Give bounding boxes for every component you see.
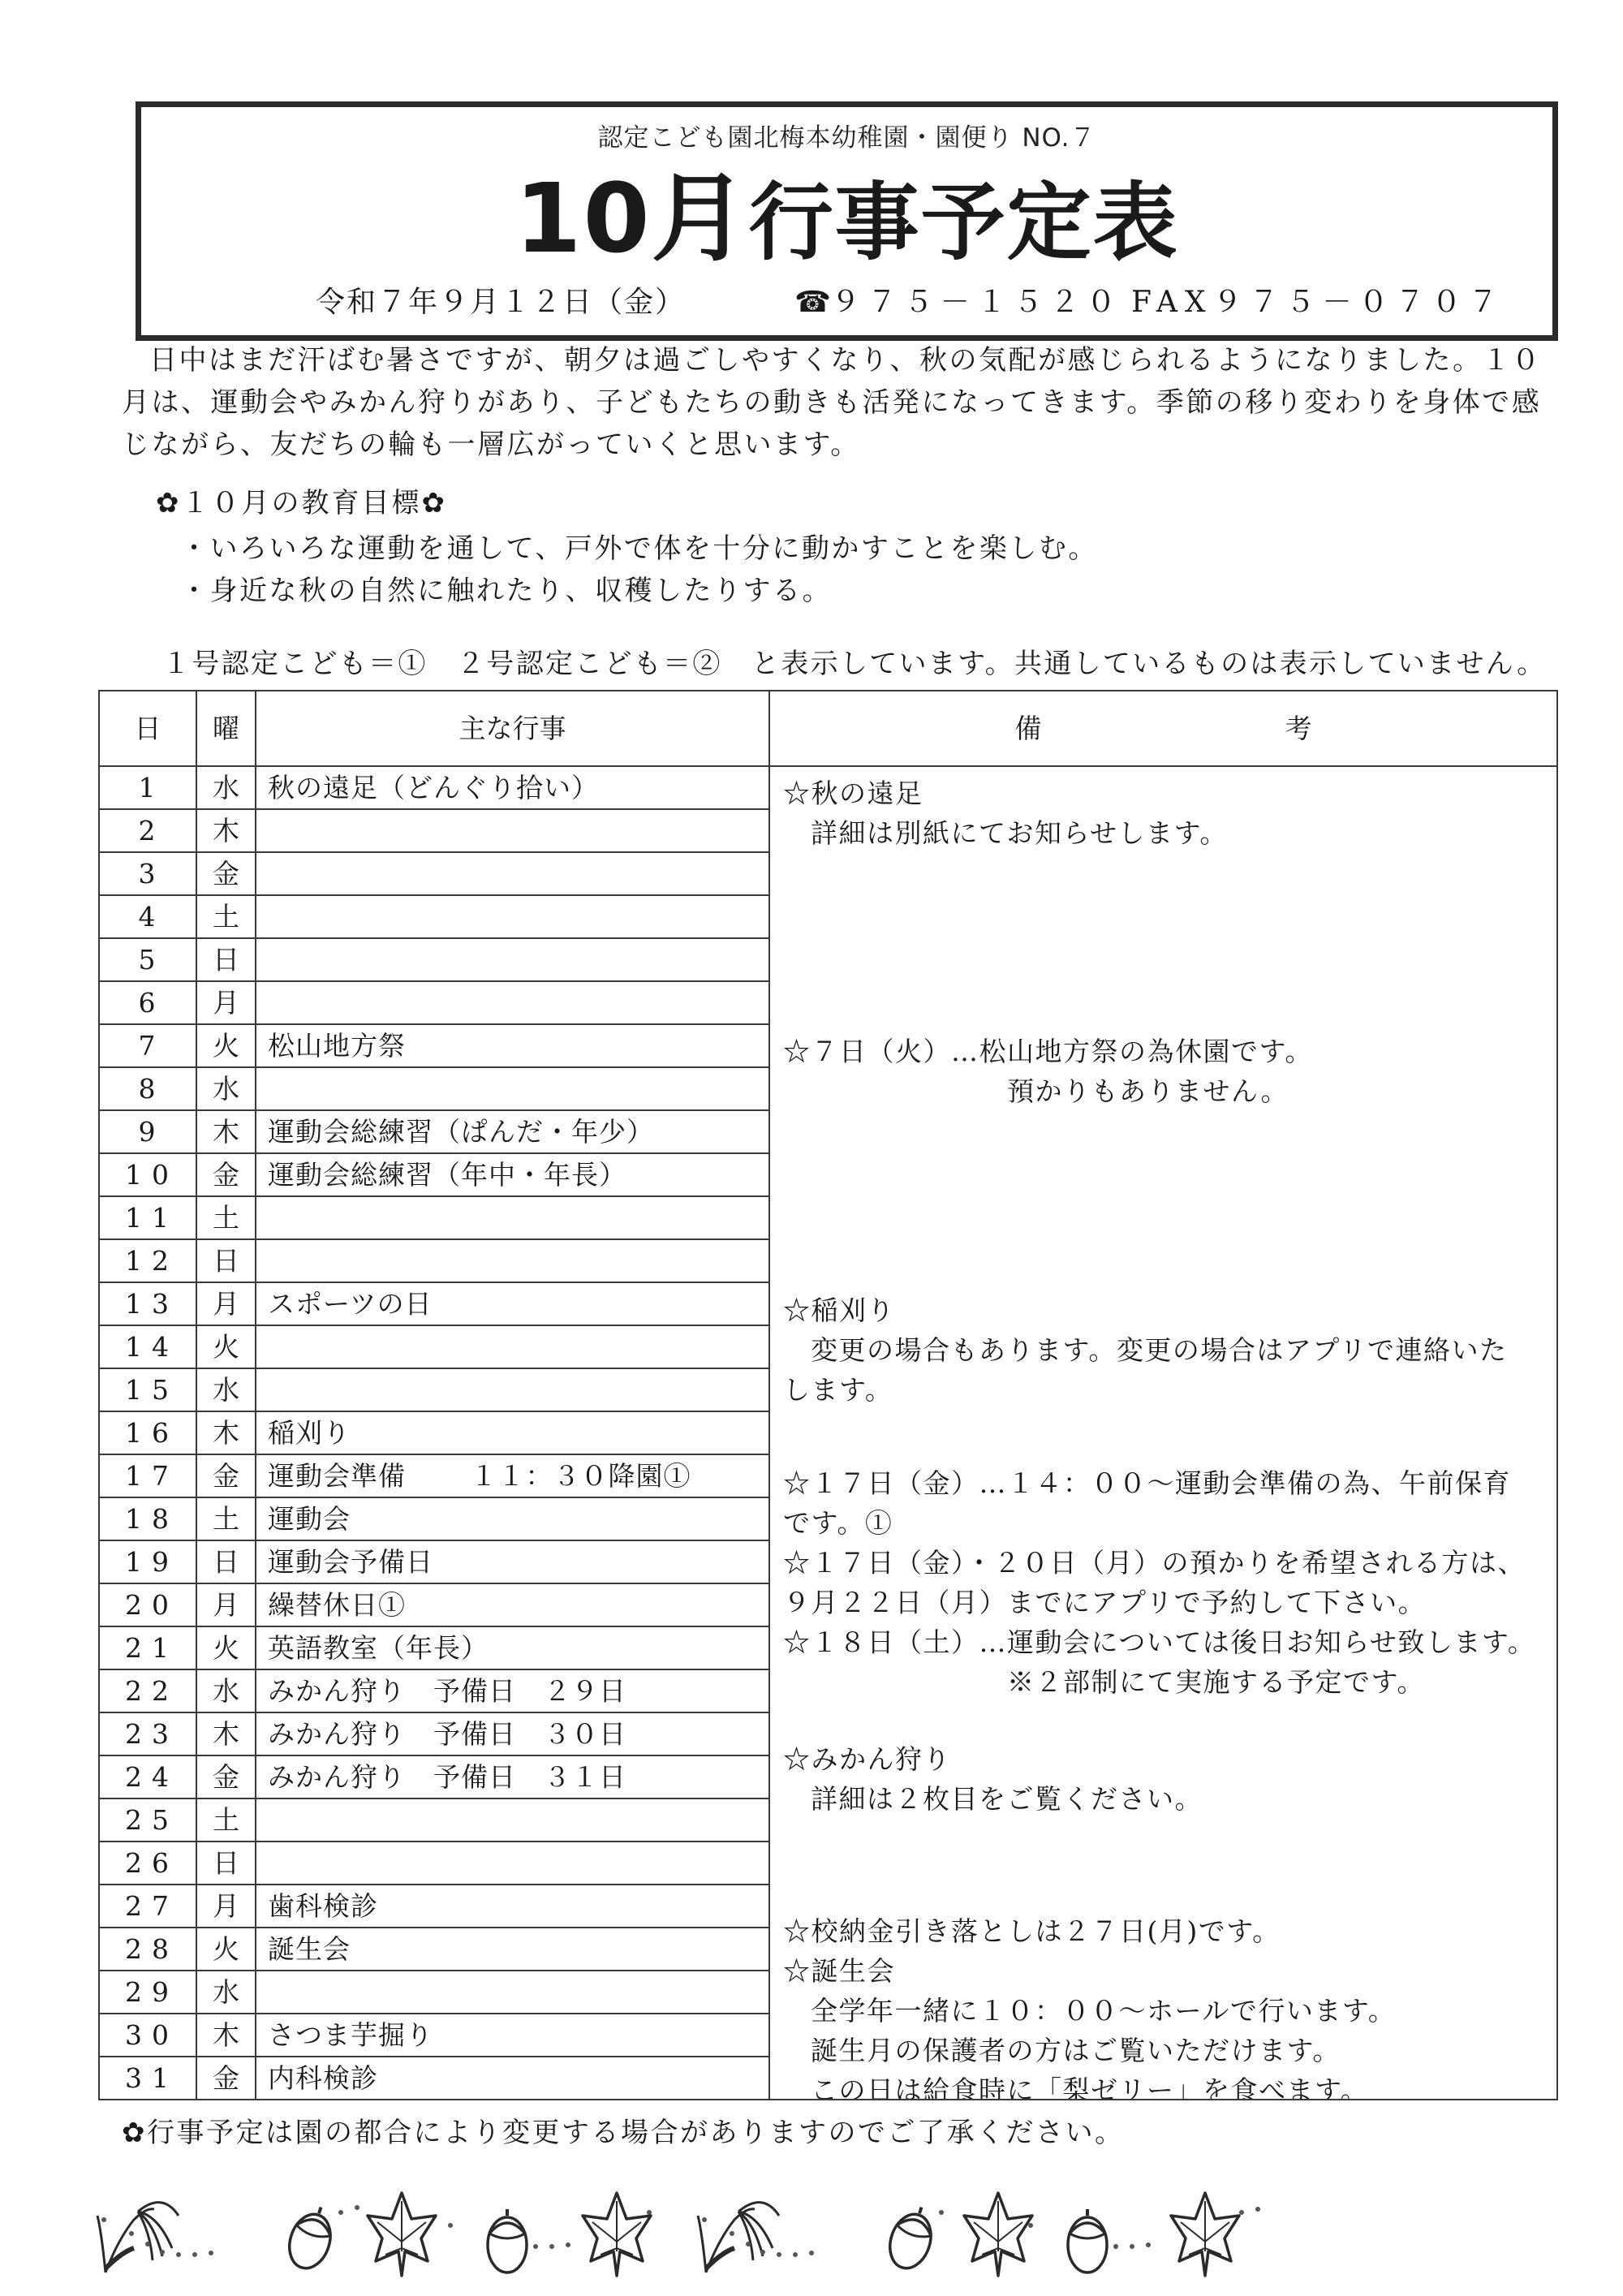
schedule-table: 日 曜 主な行事 備考 1水秋の遠足（どんぐり拾い）☆秋の遠足詳細は別紙にてお知… — [98, 690, 1558, 2100]
event-cell: さつま芋掘り — [256, 2014, 769, 2057]
event-cell: 運動会 — [256, 1497, 769, 1540]
remark-line: ☆１７日（金）…１４：００～運動会準備の為、午前保育 — [783, 1463, 1548, 1503]
remark-block: ☆秋の遠足詳細は別紙にてお知らせします。 — [783, 773, 1548, 853]
day-cell: 8 — [99, 1067, 196, 1110]
weekday-cell: 火 — [196, 1928, 256, 1971]
remark-line: ☆誕生会 — [783, 1951, 1548, 1991]
weekday-cell: 木 — [196, 2014, 256, 2057]
event-cell: 内科検診 — [256, 2057, 769, 2100]
remark-line: 誕生月の保護者の方はご覧いただけます。 — [783, 2031, 1548, 2070]
weekday-cell: 木 — [196, 1411, 256, 1454]
title-month: 10月 — [514, 162, 748, 274]
weekday-cell: 金 — [196, 2057, 256, 2100]
weekday-cell: 日 — [196, 1239, 256, 1282]
remark-block: ☆７日（火）…松山地方祭の為休園です。 預かりもありません。 — [783, 1032, 1548, 1111]
remark-line: ☆１７日（金）・２０日（月）の預かりを希望される方は、 — [783, 1543, 1548, 1583]
table-row: 1水秋の遠足（どんぐり拾い）☆秋の遠足詳細は別紙にてお知らせします。☆７日（火）… — [99, 766, 1557, 809]
remark-line: ☆校納金引き落としは２７日(月)です。 — [783, 1911, 1548, 1951]
weekday-cell: 木 — [196, 1110, 256, 1153]
goal-item: ・いろいろな運動を通して、戸外で体を十分に動かすことを楽しむ。 — [180, 526, 1098, 566]
day-cell: 11 — [99, 1196, 196, 1239]
event-cell: みかん狩り 予備日 ２９日 — [256, 1669, 769, 1712]
remark-line: です。① — [783, 1503, 1548, 1543]
remark-line: 変更の場合もあります。変更の場合はアプリで連絡いた — [783, 1330, 1548, 1370]
day-cell: 27 — [99, 1885, 196, 1928]
day-cell: 3 — [99, 852, 196, 895]
remark-line: します。 — [783, 1370, 1548, 1410]
remark-line: ☆１８日（土）…運動会については後日お知らせ致します。 — [783, 1622, 1548, 1662]
goal-item: ・身近な秋の自然に触れたり、収穫したりする。 — [180, 568, 832, 608]
remark-line: この日は給食時に「梨ゼリー」を食べます。 — [783, 2070, 1548, 2100]
remark-line: ☆秋の遠足 — [783, 773, 1548, 813]
day-cell: 29 — [99, 1971, 196, 2014]
flower-icon: ✿ — [122, 2117, 147, 2149]
weekday-cell: 金 — [196, 1153, 256, 1196]
weekday-cell: 水 — [196, 1368, 256, 1411]
day-cell: 18 — [99, 1497, 196, 1540]
day-cell: 31 — [99, 2057, 196, 2100]
weekday-cell: 月 — [196, 1282, 256, 1325]
col-header-remarks: 備考 — [769, 691, 1557, 766]
event-cell — [256, 1067, 769, 1110]
weekday-cell: 水 — [196, 766, 256, 809]
event-cell: 運動会総練習（ぱんだ・年少） — [256, 1110, 769, 1153]
table-header-row: 日 曜 主な行事 備考 — [99, 691, 1557, 766]
remark-line: 詳細は別紙にてお知らせします。 — [783, 813, 1548, 853]
event-cell — [256, 1325, 769, 1368]
remark-line: ※２部制にて実施する予定です。 — [783, 1662, 1548, 1702]
remark-line: ☆稲刈り — [783, 1290, 1548, 1330]
event-cell: みかん狩り 予備日 ３１日 — [256, 1755, 769, 1798]
weekday-cell: 金 — [196, 852, 256, 895]
legend-note: １号認定こども＝① ２号認定こども＝② と表示しています。共通しているものは表示… — [162, 641, 1546, 681]
event-cell: 誕生会 — [256, 1928, 769, 1971]
weekday-cell: 火 — [196, 1325, 256, 1368]
event-cell: 運動会予備日 — [256, 1540, 769, 1583]
day-cell: 22 — [99, 1669, 196, 1712]
weekday-cell: 月 — [196, 981, 256, 1024]
flower-icon: ✿ — [422, 487, 448, 519]
day-cell: 12 — [99, 1239, 196, 1282]
day-cell: 20 — [99, 1583, 196, 1626]
event-cell — [256, 1842, 769, 1885]
remark-line: 預かりもありません。 — [783, 1071, 1548, 1111]
event-cell — [256, 981, 769, 1024]
day-cell: 30 — [99, 2014, 196, 2057]
event-cell — [256, 1971, 769, 2014]
day-cell: 16 — [99, 1411, 196, 1454]
day-cell: 15 — [99, 1368, 196, 1411]
col-header-event: 主な行事 — [256, 691, 769, 766]
event-cell: 歯科検診 — [256, 1885, 769, 1928]
day-cell: 9 — [99, 1110, 196, 1153]
remark-block: ☆稲刈り変更の場合もあります。変更の場合はアプリで連絡いたします。 — [783, 1290, 1548, 1410]
footnote: ✿行事予定は園の都合により変更する場合がありますのでご了承ください。 — [122, 2110, 1125, 2150]
issue-date: 令和７年９月１２日（金） — [316, 279, 686, 321]
weekday-cell: 日 — [196, 1540, 256, 1583]
event-cell: スポーツの日 — [256, 1282, 769, 1325]
event-cell — [256, 809, 769, 852]
day-cell: 4 — [99, 895, 196, 938]
day-cell: 24 — [99, 1755, 196, 1798]
remark-line: ☆７日（火）…松山地方祭の為休園です。 — [783, 1032, 1548, 1071]
day-cell: 25 — [99, 1798, 196, 1842]
remark-block: ☆１７日（金）…１４：００～運動会準備の為、午前保育です。①☆１７日（金）・２０… — [783, 1463, 1548, 1702]
weekday-cell: 土 — [196, 895, 256, 938]
event-cell: 繰替休日① — [256, 1583, 769, 1626]
remark-line: ☆みかん狩り — [783, 1739, 1548, 1779]
weekday-cell: 木 — [196, 1712, 256, 1755]
day-cell: 14 — [99, 1325, 196, 1368]
weekday-cell: 月 — [196, 1583, 256, 1626]
weekday-cell: 水 — [196, 1971, 256, 2014]
phone-number: ☎９７５－１５２０ — [794, 279, 1123, 321]
page-title: 10月行事予定表 — [141, 166, 1552, 275]
event-cell: 松山地方祭 — [256, 1024, 769, 1067]
event-cell: みかん狩り 予備日 ３０日 — [256, 1712, 769, 1755]
event-cell: 秋の遠足（どんぐり拾い） — [256, 766, 769, 809]
day-cell: 19 — [99, 1540, 196, 1583]
autumn-decoration-border — [81, 2175, 1582, 2296]
remarks-cell: ☆秋の遠足詳細は別紙にてお知らせします。☆７日（火）…松山地方祭の為休園です。 … — [769, 766, 1557, 2100]
fax-number: FAX９７５－０７０７ — [1131, 279, 1505, 321]
weekday-cell: 水 — [196, 1067, 256, 1110]
remark-line: ９月２２日（月）までにアプリで予約して下さい。 — [783, 1583, 1548, 1622]
weekday-cell: 金 — [196, 1454, 256, 1497]
weekday-cell: 金 — [196, 1755, 256, 1798]
event-cell — [256, 1239, 769, 1282]
goals-heading: ✿１０月の教育目標✿ — [156, 480, 447, 520]
event-cell: 稲刈り — [256, 1411, 769, 1454]
event-cell — [256, 1368, 769, 1411]
header-box: 認定こども園北梅本幼稚園・園便り NO.７ 10月行事予定表 令和７年９月１２日… — [136, 101, 1558, 341]
day-cell: 7 — [99, 1024, 196, 1067]
day-cell: 26 — [99, 1842, 196, 1885]
event-cell — [256, 895, 769, 938]
newsletter-subtitle: 認定こども園北梅本幼稚園・園便り NO.７ — [141, 117, 1552, 153]
weekday-cell: 木 — [196, 809, 256, 852]
day-cell: 5 — [99, 938, 196, 981]
weekday-cell: 火 — [196, 1626, 256, 1669]
day-cell: 13 — [99, 1282, 196, 1325]
weekday-cell: 火 — [196, 1024, 256, 1067]
day-cell: 17 — [99, 1454, 196, 1497]
flower-icon: ✿ — [156, 487, 182, 519]
day-cell: 2 — [99, 809, 196, 852]
weekday-cell: 日 — [196, 938, 256, 981]
day-cell: 23 — [99, 1712, 196, 1755]
weekday-cell: 水 — [196, 1669, 256, 1712]
event-cell — [256, 1798, 769, 1842]
weekday-cell: 日 — [196, 1842, 256, 1885]
event-cell: 運動会総練習（年中・年長） — [256, 1153, 769, 1196]
weekday-cell: 土 — [196, 1196, 256, 1239]
telephone-icon: ☎ — [794, 286, 831, 319]
event-cell — [256, 938, 769, 981]
remark-line: 全学年一緒に１０：００～ホールで行います。 — [783, 1991, 1548, 2031]
weekday-cell: 土 — [196, 1497, 256, 1540]
event-cell: 英語教室（年長） — [256, 1626, 769, 1669]
day-cell: 1 — [99, 766, 196, 809]
weekday-cell: 月 — [196, 1885, 256, 1928]
weekday-cell: 土 — [196, 1798, 256, 1842]
remark-block: ☆みかん狩り詳細は２枚目をご覧ください。 — [783, 1739, 1548, 1819]
day-cell: 6 — [99, 981, 196, 1024]
day-cell: 10 — [99, 1153, 196, 1196]
day-cell: 28 — [99, 1928, 196, 1971]
remark-line: 詳細は２枚目をご覧ください。 — [783, 1779, 1548, 1819]
col-header-dow: 曜 — [196, 691, 256, 766]
event-cell — [256, 852, 769, 895]
title-text: 行事予定表 — [749, 173, 1179, 272]
remark-block: ☆校納金引き落としは２７日(月)です。☆誕生会全学年一緒に１０：００～ホールで行… — [783, 1911, 1548, 2100]
day-cell: 21 — [99, 1626, 196, 1669]
event-cell — [256, 1196, 769, 1239]
intro-paragraph: 日中はまだ汗ばむ暑さですが、朝夕は過ごしやすくなり、秋の気配が感じられるようにな… — [122, 339, 1558, 466]
event-cell: 運動会準備 １１：３０降園① — [256, 1454, 769, 1497]
col-header-day: 日 — [99, 691, 196, 766]
